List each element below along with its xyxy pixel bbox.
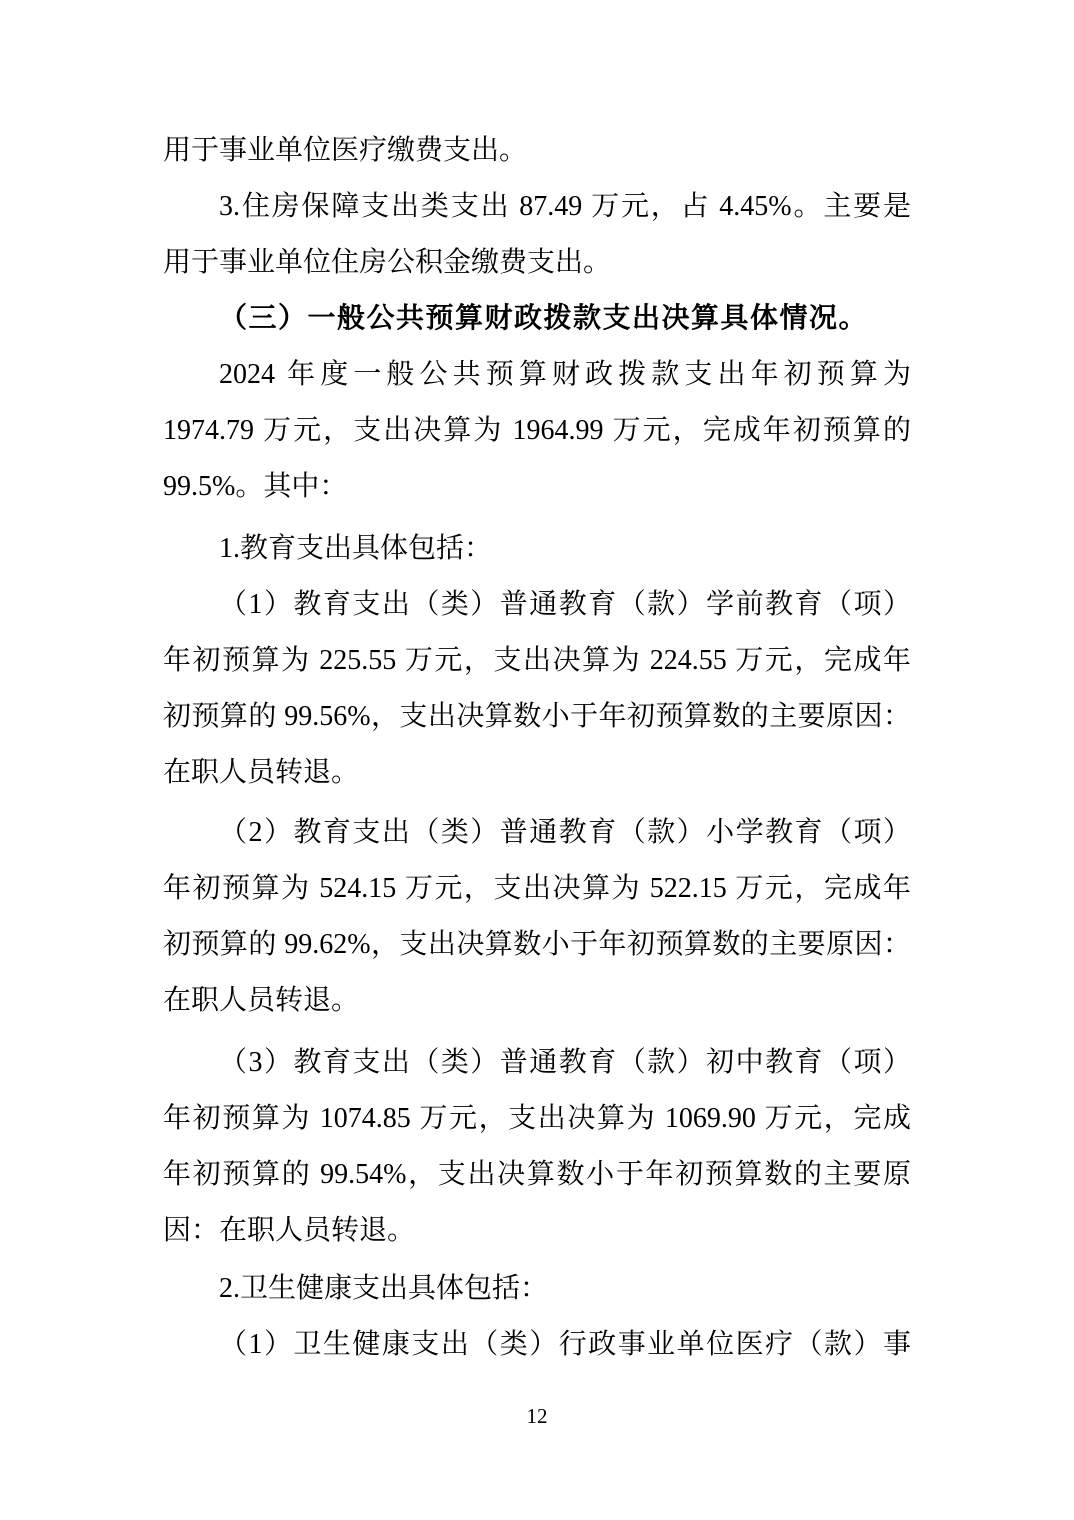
text-line: 2.卫生健康支出具体包括： [163, 1261, 911, 1317]
section-heading-three: （三）一般公共预算财政拨款支出决算具体情况。 [163, 291, 911, 347]
text-line: 年初预算为 225.55 万元，支出决算为 224.55 万元，完成年 [163, 633, 911, 689]
text-line: 1.教育支出具体包括： [163, 521, 911, 577]
text-line: （3）教育支出（类）普通教育（款）初中教育（项） [163, 1035, 911, 1091]
paragraph-education-junior-high: （3）教育支出（类）普通教育（款）初中教育（项） 年初预算为 1074.85 万… [163, 1035, 911, 1259]
text-line: 2024 年度一般公共预算财政拨款支出年初预算为 [163, 347, 911, 403]
text-line: 用于事业单位住房公积金缴费支出。 [163, 235, 911, 291]
text-line: （1）卫生健康支出（类）行政事业单位医疗（款）事 [163, 1317, 911, 1373]
text-line: 99.5%。其中： [163, 459, 911, 515]
text-line: 因：在职人员转退。 [163, 1203, 911, 1259]
text-line: 3.住房保障支出类支出 87.49 万元，占 4.45%。主要是 [163, 179, 911, 235]
paragraph-budget-overview: 2024 年度一般公共预算财政拨款支出年初预算为 1974.79 万元，支出决算… [163, 347, 911, 515]
page-number: 12 [527, 1404, 548, 1428]
text-line: 年初预算的 99.54%，支出决算数小于年初预算数的主要原 [163, 1147, 911, 1203]
text-line: 初预算的 99.56%，支出决算数小于年初预算数的主要原因： [163, 689, 911, 745]
page-footer: 12 [0, 1402, 1074, 1430]
text-line: 初预算的 99.62%，支出决算数小于年初预算数的主要原因： [163, 917, 911, 973]
text-line: 在职人员转退。 [163, 973, 911, 1029]
section-heading-text: （三）一般公共预算财政拨款支出决算具体情况。 [163, 291, 911, 347]
paragraph-health-intro: 2.卫生健康支出具体包括： [163, 1261, 911, 1317]
text-line: （1）教育支出（类）普通教育（款）学前教育（项） [163, 577, 911, 633]
text-line: 在职人员转退。 [163, 745, 911, 801]
paragraph-housing-support: 3.住房保障支出类支出 87.49 万元，占 4.45%。主要是 用于事业单位住… [163, 179, 911, 291]
text-line: 年初预算为 524.15 万元，支出决算为 522.15 万元，完成年 [163, 861, 911, 917]
text-line: 年初预算为 1074.85 万元，支出决算为 1069.90 万元，完成 [163, 1091, 911, 1147]
paragraph-education-intro: 1.教育支出具体包括： [163, 521, 911, 577]
text-line: 用于事业单位医疗缴费支出。 [163, 123, 911, 179]
text-line: （2）教育支出（类）普通教育（款）小学教育（项） [163, 805, 911, 861]
paragraph-medical-payment-continuation: 用于事业单位医疗缴费支出。 [163, 123, 911, 179]
text-line: 1974.79 万元，支出决算为 1964.99 万元，完成年初预算的 [163, 403, 911, 459]
paragraph-education-primary: （2）教育支出（类）普通教育（款）小学教育（项） 年初预算为 524.15 万元… [163, 805, 911, 1029]
paragraph-health-item-one: （1）卫生健康支出（类）行政事业单位医疗（款）事 [163, 1317, 911, 1373]
document-body: 用于事业单位医疗缴费支出。 3.住房保障支出类支出 87.49 万元，占 4.4… [163, 123, 911, 1373]
paragraph-education-preschool: （1）教育支出（类）普通教育（款）学前教育（项） 年初预算为 225.55 万元… [163, 577, 911, 801]
